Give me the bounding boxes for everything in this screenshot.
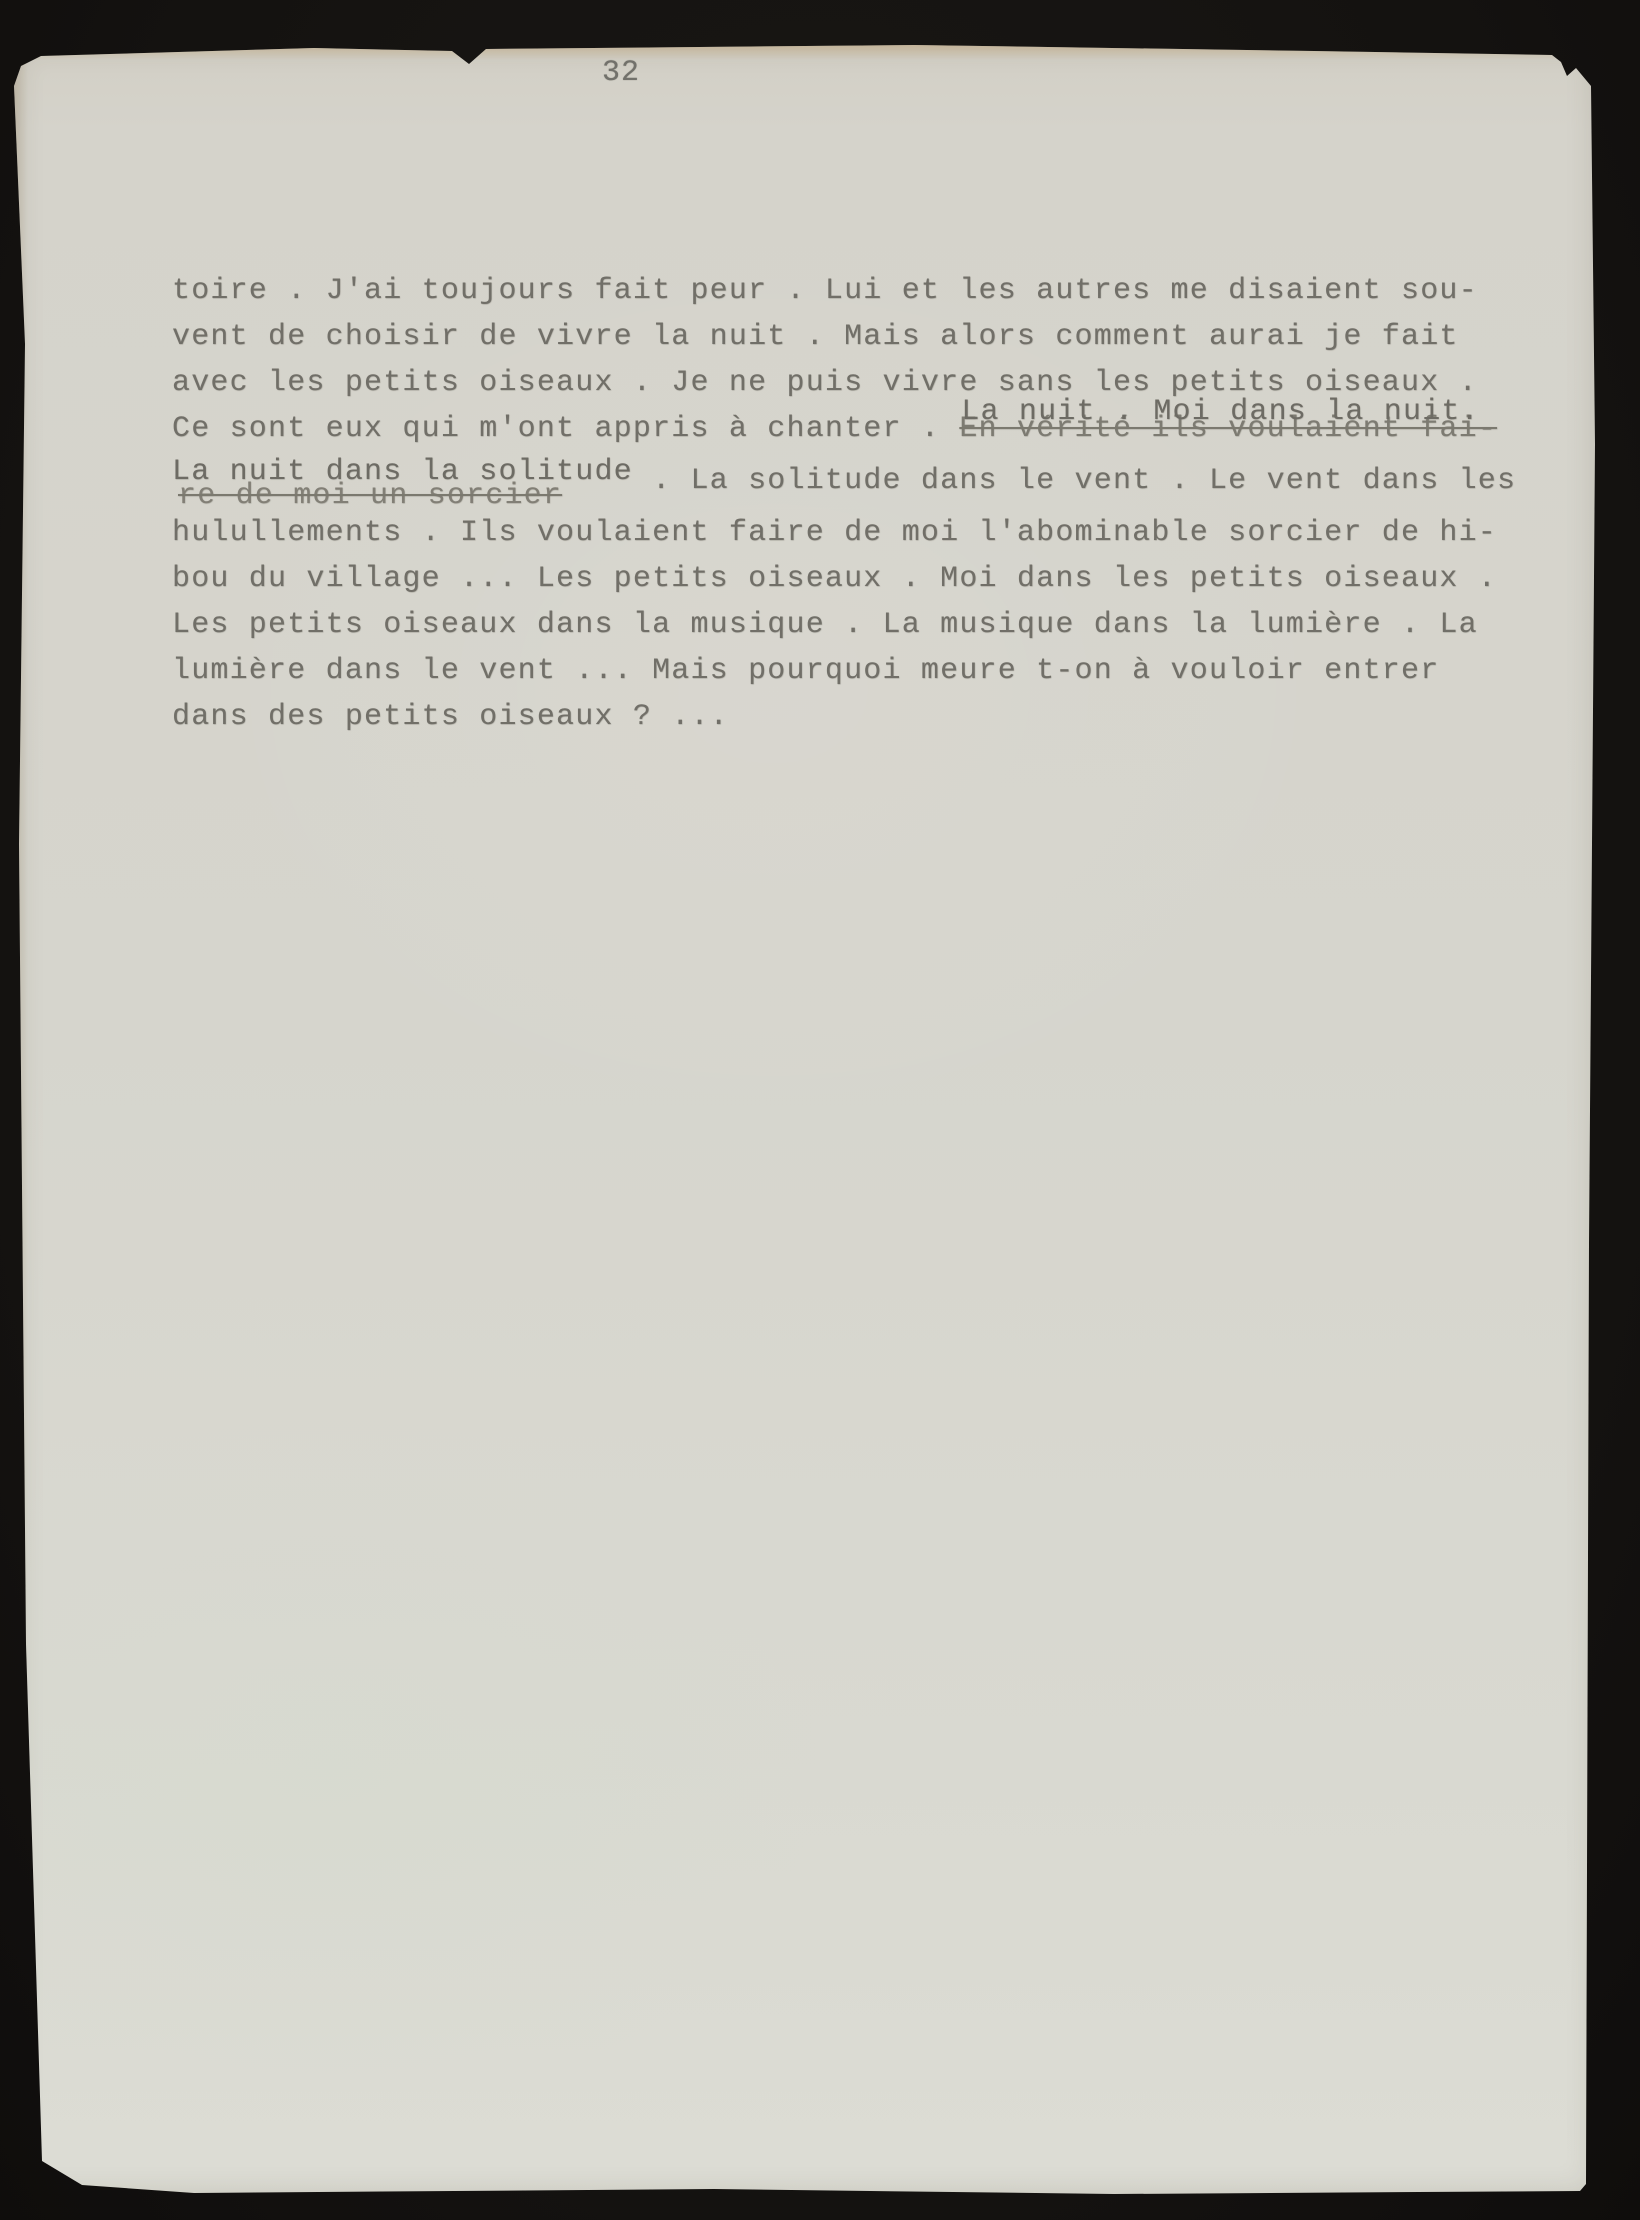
typed-line: bou du village ... Les petits oiseaux . … bbox=[172, 562, 1562, 608]
typed-line: dans des petits oiseaux ? ... bbox=[172, 700, 1562, 746]
typed-line: hulullements . Ils voulaient faire de mo… bbox=[172, 516, 1562, 562]
manuscript-page: 32 toire . J'ai toujours fait peur . Lui… bbox=[14, 44, 1596, 2196]
typewriter-correction: La nuit . Moi dans la nuit.En vérité ils… bbox=[959, 412, 1497, 446]
typed-line: toire . J'ai toujours fait peur . Lui et… bbox=[172, 274, 1562, 320]
typed-line: Les petits oiseaux dans la musique . La … bbox=[172, 608, 1562, 654]
paper-aged-top-edge bbox=[14, 44, 1596, 60]
page-number: 32 bbox=[602, 56, 640, 90]
paper-aged-left-edge bbox=[14, 44, 28, 2196]
typewriter-correction: La nuit dans la solitudere de moi un sor… bbox=[172, 464, 633, 498]
typed-text: Ce sont eux qui m'ont appris à chanter . bbox=[172, 412, 959, 446]
typed-text: . La solitude dans le vent . Le vent dan… bbox=[633, 464, 1516, 498]
typed-line-with-correction: La nuit dans la solitudere de moi un sor… bbox=[172, 464, 1562, 516]
struck-out-text: re de moi un sorcier bbox=[178, 479, 562, 513]
typed-line: lumière dans le vent ... Mais pourquoi m… bbox=[172, 654, 1562, 700]
typewritten-text-block: toire . J'ai toujours fait peur . Lui et… bbox=[172, 274, 1562, 746]
inserted-text-above-line: La nuit . Moi dans la nuit. bbox=[961, 395, 1479, 429]
scanned-document-photo: { "page": { "number": "32", "colors": { … bbox=[0, 0, 1640, 2220]
typed-line: vent de choisir de vivre la nuit . Mais … bbox=[172, 320, 1562, 366]
